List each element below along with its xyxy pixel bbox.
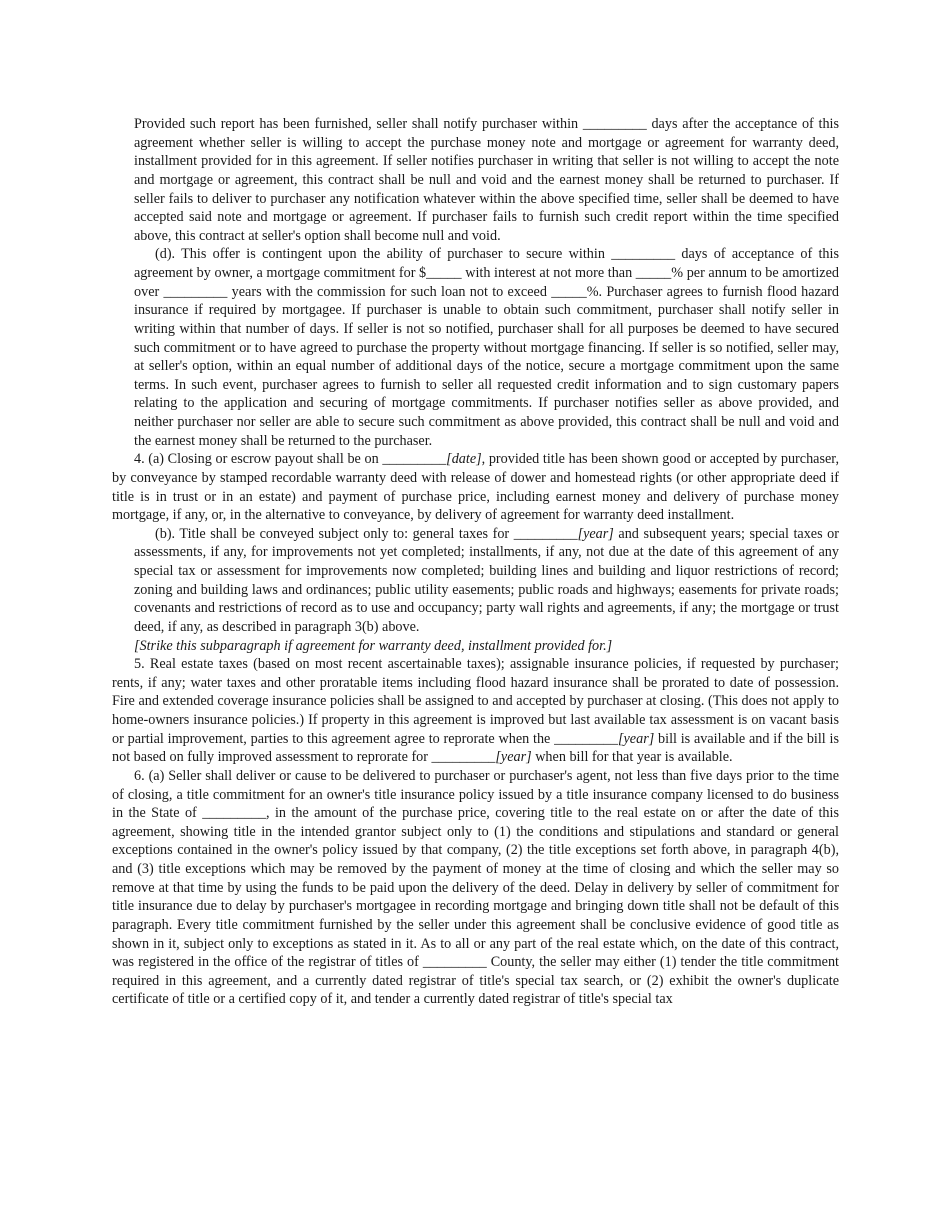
blank-field-amount: _____ [426,265,461,281]
paragraph-credit-report: Provided such report has been furnished,… [134,115,839,245]
text-segment: with interest at not more than [462,265,636,281]
strike-instruction-note: [Strike this subparagraph if agreement f… [134,637,839,656]
blank-field-years: _________ [164,284,228,300]
text-segment: years with the commission for such loan … [227,284,551,300]
text-segment: (d). This offer is contingent upon the a… [155,246,611,262]
text-segment: Provided such report has been furnished,… [134,116,583,132]
blank-field-date: _________ [382,451,446,467]
placeholder-hint-year: [year] [578,526,614,542]
document-page: Provided such report has been furnished,… [112,115,839,1009]
paragraph-clause-5: 5. Real estate taxes (based on most rece… [112,655,839,767]
text-segment: days after the acceptance of this agreem… [134,116,839,244]
blank-field-commission: _____ [551,284,586,300]
text-segment: (b). Title shall be conveyed subject onl… [155,526,514,542]
text-segment: %. Purchaser agrees to furnish flood haz… [134,284,839,449]
text-segment: 4. (a) Closing or escrow payout shall be… [134,451,382,467]
blank-field-state: _________ [202,805,266,821]
paragraph-clause-4b: (b). Title shall be conveyed subject onl… [134,525,839,655]
blank-field-days: _________ [583,116,647,132]
paragraph-clause-4a: 4. (a) Closing or escrow payout shall be… [112,450,839,525]
placeholder-hint-year: [year] [618,731,654,747]
blank-field-year: _________ [554,731,618,747]
blank-field-interest: _____ [636,265,671,281]
blank-field-year: _________ [514,526,578,542]
blank-field-county: _________ [423,954,487,970]
placeholder-hint-year: [year] [495,749,531,765]
blank-field-days: _________ [611,246,675,262]
text-segment: and subsequent years; special taxes or a… [134,526,839,635]
placeholder-hint-date: [date] [446,451,481,467]
text-segment: when bill for that year is available. [532,749,733,765]
text-segment: , in the amount of the purchase price, c… [112,805,839,970]
paragraph-clause-6a: 6. (a) Seller shall deliver or cause to … [112,767,839,1009]
paragraph-clause-3d: (d). This offer is contingent upon the a… [134,245,839,450]
blank-field-year: _________ [432,749,496,765]
